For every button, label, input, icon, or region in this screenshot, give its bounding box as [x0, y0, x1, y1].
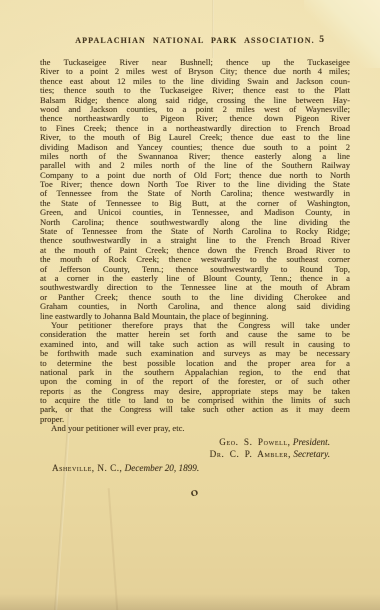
scanned-document-page: APPALACHIAN NATIONAL PARK ASSOCIATION. 5…	[0, 0, 380, 610]
signature-row: Geo. S. Powell, President.	[40, 436, 350, 449]
dateline-place: Asheville, N. C.,	[52, 463, 122, 473]
dateline: Asheville, N. C., December 20, 1899.	[40, 462, 350, 474]
signature-row: Dr. C. P. Ambler, Secretary.	[40, 448, 350, 461]
closing-line: And your petitioner will ever pray, etc.	[40, 424, 350, 433]
dateline-date: December 20, 1899.	[125, 463, 200, 473]
paper-crease-bottom-mid	[108, 488, 119, 610]
signature-title: President.	[293, 437, 330, 447]
page-bottom-shadow	[0, 594, 380, 610]
ornament-row: O	[40, 483, 350, 501]
section-end-ornament-icon: O	[190, 489, 199, 499]
signature-title: Secretary.	[293, 449, 330, 459]
petition-body: the Tuckaseigee River near Bushnell; the…	[40, 58, 350, 434]
text-column: APPALACHIAN NATIONAL PARK ASSOCIATION. 5…	[40, 36, 350, 501]
signature-name: Geo. S. Powell,	[219, 437, 290, 447]
text-line: park, or that the Congress will take suc…	[40, 405, 350, 414]
paragraph-boundary-description: the Tuckaseigee River near Bushnell; the…	[40, 58, 350, 321]
signature-block: Geo. S. Powell, President. Dr. C. P. Amb…	[40, 436, 350, 461]
paragraph-prayer: Your petitioner therefore prays that the…	[40, 321, 350, 424]
running-header: APPALACHIAN NATIONAL PARK ASSOCIATION. 5	[40, 36, 350, 45]
header-title: APPALACHIAN NATIONAL PARK ASSOCIATION.	[75, 36, 314, 45]
page-number: 5	[319, 35, 324, 45]
signature-name: Dr. C. P. Ambler,	[210, 449, 291, 459]
